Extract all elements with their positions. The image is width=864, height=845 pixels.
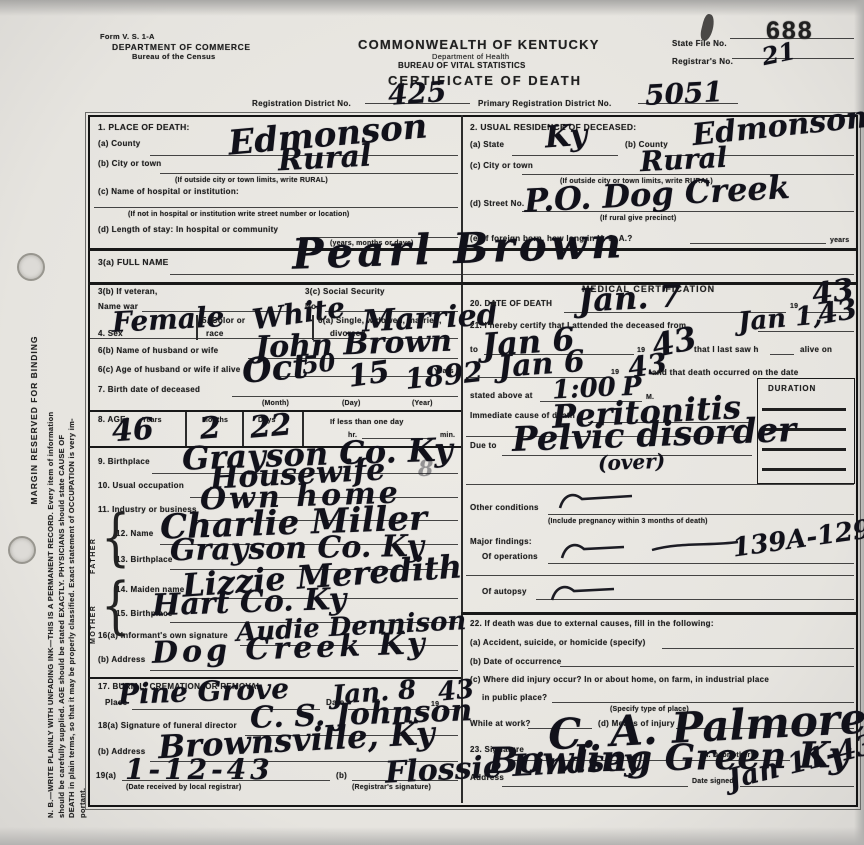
father-bp-label: 13. Birthplace (116, 556, 173, 565)
res-street-label: (d) Street No. (470, 200, 524, 209)
res-state-label: (a) State (470, 141, 504, 150)
county-label: (a) County (98, 140, 141, 149)
nb-line-4: portant. (78, 128, 89, 818)
registrar-no-label: Registrar's No. (672, 58, 733, 67)
dept-health: Department of Health (432, 53, 509, 61)
state-file-label: State File No. (672, 40, 727, 49)
age-years-value: 46 (111, 415, 155, 448)
informant-addr-line (150, 670, 458, 671)
external-a-label: (a) Accident, suicide, or homicide (spec… (470, 639, 646, 648)
primary-district-label: Primary Registration District No. (478, 100, 612, 109)
form-number: Form V. S. 1-A (100, 33, 155, 41)
occupation-label: 10. Usual occupation (98, 482, 184, 491)
hospital-line (94, 207, 458, 208)
registrar-b-label: (b) (336, 772, 347, 781)
dept-commerce: DEPARTMENT OF COMMERCE (112, 43, 251, 52)
punch-hole-bottom (8, 536, 36, 564)
registrar-row-label: 19(a) (96, 772, 116, 781)
fullname-divider (88, 282, 856, 285)
birth-year-value: 1892 (404, 358, 484, 394)
operations-line (548, 563, 854, 564)
place-of-death-title: 1. PLACE OF DEATH: (98, 123, 190, 132)
external-title: 22. If death was due to external causes,… (470, 620, 714, 629)
district-value: 425 (387, 78, 447, 110)
birth-day-note: (Day) (342, 400, 361, 408)
autopsy-label: Of autopsy (482, 588, 527, 597)
margin-binding-text: MARGIN RESERVED FOR BINDING (24, 295, 42, 545)
pen-dash-mark (650, 538, 740, 554)
certify-line1-rule (758, 331, 854, 332)
birthdate-line (232, 396, 458, 397)
spouse-age-label: 6(c) Age of husband or wife if alive (98, 366, 241, 375)
certify-line2b: alive on (800, 346, 832, 355)
findings-blank-line (466, 575, 854, 576)
registrar-no-value: 21 (760, 39, 798, 69)
major-findings-label: Major findings: (470, 538, 532, 547)
scan-edge-bottom (0, 827, 864, 845)
nb-line-2: should be carefully supplied. AGE should… (57, 128, 68, 818)
margin-nb-block: N. B.—WRITE PLAINLY WITH UNFADING INK—TH… (46, 128, 88, 818)
bureau-vital: BUREAU OF VITAL STATISTICS (398, 62, 526, 71)
city-note: (If outside city or town limits, write R… (175, 177, 328, 185)
res-state-line (512, 155, 618, 156)
due-to-label: Due to (470, 442, 497, 451)
duration-label: DURATION (768, 385, 816, 394)
pen-dash-mark (558, 540, 628, 562)
punch-hole-top (17, 253, 45, 281)
dod-label: 20. DATE OF DEATH (470, 300, 552, 309)
district-label: Registration District No. (252, 100, 351, 109)
pen-dash-mark (556, 490, 636, 512)
scan-edge-top (0, 0, 864, 16)
father-side-label: FATHER (90, 514, 97, 574)
external-section-divider (461, 612, 856, 615)
dod-value: Jan. 7 (577, 279, 682, 316)
fullname-label: 3(a) FULL NAME (98, 258, 169, 267)
city-label: (b) City or town (98, 160, 161, 169)
age-less-label: If less than one day (330, 418, 404, 426)
mother-side-label: MOTHER (90, 580, 97, 644)
res-city-label: (c) City or town (470, 162, 533, 171)
birth-month-note: (Month) (262, 400, 289, 408)
birth-year-note: (Year) (412, 400, 433, 408)
external-c-label-1: (c) Where did injury occur? In or about … (470, 676, 769, 685)
hospital-note: (If not in hospital or institution write… (128, 211, 349, 219)
spouse-label: 6(b) Name of husband or wife (98, 347, 218, 356)
due-blank-line (466, 484, 854, 485)
stray-mark: 8 (418, 458, 433, 480)
operations-label: Of operations (482, 553, 538, 562)
birth-month-value: Oct (241, 349, 310, 389)
work-label: While at work? (470, 720, 531, 729)
commonwealth-title: COMMONWEALTH OF KENTUCKY (358, 38, 600, 52)
informant-addr-label: (b) Address (98, 656, 145, 665)
color-label-1: 5. Color or (202, 317, 245, 326)
fullname-value: Pearl Brown (291, 222, 626, 276)
external-b-line (560, 666, 854, 667)
stay-label: (d) Length of stay: In hospital or commu… (98, 226, 278, 235)
fullname-line (170, 274, 854, 275)
binding-label: MARGIN RESERVED FOR BINDING (29, 336, 39, 505)
certify-to-label: to (470, 346, 478, 355)
res-state-value: Ky (544, 121, 588, 154)
physician-addr-line (502, 786, 688, 787)
other-conditions-note: (Include pregnancy within 3 months of de… (548, 518, 708, 526)
birthplace-label: 9. Birthplace (98, 458, 150, 467)
father-name-label: 12. Name (116, 530, 154, 539)
over-note: (over) (598, 451, 666, 473)
scanned-death-certificate: MARGIN RESERVED FOR BINDING N. B.—WRITE … (0, 0, 864, 845)
birth-day-value: 15 (346, 357, 392, 393)
certify-line3: and that death occurred on the date (652, 369, 799, 378)
primary-district-value: 5051 (644, 78, 723, 110)
foreign-born-unit: years (830, 237, 849, 245)
city-value: Rural (277, 142, 372, 177)
other-conditions-label: Other conditions (470, 504, 539, 513)
sex-color-divider (196, 315, 198, 340)
bureau-census: Bureau of the Census (132, 53, 216, 61)
nb-line-3: DEATH in plain terms, so that it may be … (67, 128, 78, 818)
attended-from-year: 43 (816, 295, 859, 329)
pen-dash-mark (548, 582, 618, 604)
external-a-line (662, 648, 854, 649)
certify-line2: that I last saw h (694, 346, 759, 355)
hospital-label: (c) Name of hospital or institution: (98, 188, 239, 197)
nb-line-1: N. B.—WRITE PLAINLY WITH UNFADING INK—TH… (46, 128, 57, 818)
duration-stub-4 (762, 468, 846, 471)
certify-line4: stated above at (470, 392, 533, 401)
other-conditions-line (548, 514, 854, 515)
saw-gap-line (770, 354, 794, 355)
external-c-label-2: in public place? (482, 694, 547, 703)
foreign-born-line (690, 243, 826, 244)
veteran-label: 3(b) If veteran, (98, 288, 157, 297)
external-b-label: (b) Date of occurrence (470, 658, 562, 667)
registrar-date-value: 1-12-43 (125, 756, 274, 784)
birthdate-label: 7. Birth date of deceased (98, 386, 200, 395)
